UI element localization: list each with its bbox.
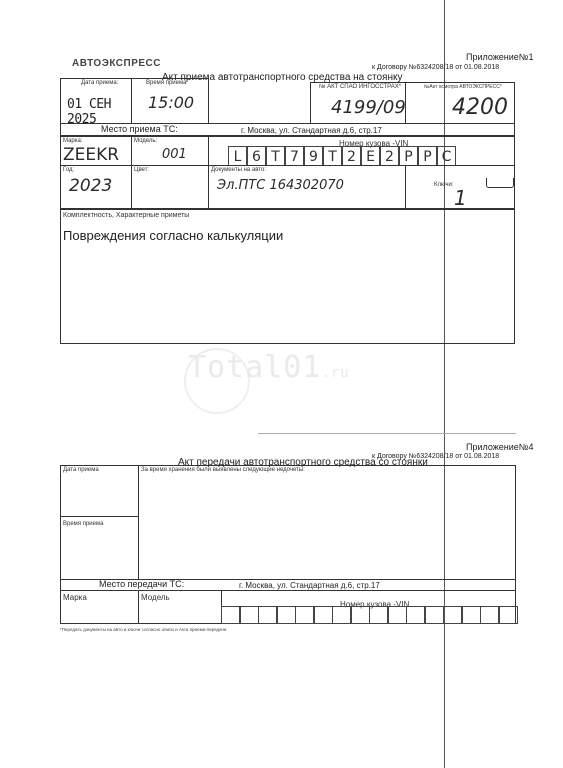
vin-char-box [494,146,513,166]
form1-appendix: Приложение№1 [466,52,533,62]
vin-char-box [240,606,259,624]
vin-char-box [388,606,407,624]
place-value: г. Москва, ул. Стандартная д.6, стр.17 [241,126,382,135]
form1-contract: к Договору №6324208/18 от 01.08.2018 [372,64,499,71]
form4-date-label: Дата приема [63,467,99,473]
model-cell: Модель: 001 [131,136,209,166]
keys-bracket [486,178,514,188]
vin-char-box: 6 [247,146,266,166]
vin-char-box: L [228,146,247,166]
vin-char-box [425,606,444,624]
defects-label: За время хранения были выявлены следующи… [141,467,305,473]
act-avto-cell: №Акт осмотра АВТОЭКСПРЕСС* 4200 [405,82,515,124]
color-label: Цвет: [134,167,149,173]
date-cell: Дата приема: 01 СЕН 2025 [60,78,132,124]
time-value: 15:00 [148,93,194,112]
vin-char-box: 7 [285,146,304,166]
color-cell: Цвет: [131,165,209,209]
docs-cell: Документы на авто: Эл.ПТС 164302070 [208,165,406,209]
brand-label: Марка: [63,138,83,144]
separator-line [258,433,516,434]
vin-char-box [443,606,462,624]
form4-brand-label: Марка [63,593,87,602]
vin-char-box: E [361,146,380,166]
vin-char-box: C [437,146,456,166]
form4-place-label: Место передачи ТС: [99,579,184,589]
place-row: Место приема ТС: г. Москва, ул. Стандарт… [60,124,515,136]
vin-char-box [406,606,425,624]
vin-char-box [314,606,333,624]
year-cell: Год: 2023 [60,165,132,209]
vin-char-box [258,606,277,624]
company-logo: АВТОЭКСПРЕСС [72,58,161,69]
brand-value: ZEEKR [63,145,119,165]
watermark: Total01.ru [188,350,350,385]
year-label: Год: [63,167,74,173]
vin-char-box [369,606,388,624]
defects-cell: За время хранения были выявлены следующи… [138,465,516,580]
form4-model-cell: Модель [138,590,222,624]
form4-brand-cell: Марка [60,590,139,624]
vin-char-box: T [323,146,342,166]
vin-char-box: P [418,146,437,166]
features-value: Повреждения согласно калькуляции [63,228,283,243]
vin-char-box: 2 [380,146,399,166]
form4-time-cell: Время приема [60,516,139,580]
vin-char-box [499,606,518,624]
act-ingos-cell: № АКТ СПАО ИНГОССТРАХ* 4199/09 [310,82,406,124]
act-ingos-label: № АКТ СПАО ИНГОССТРАХ* [319,84,401,90]
vin-char-box [513,146,532,166]
blank-cell [208,82,310,124]
vin-char-box: P [399,146,418,166]
docs-value: Эл.ПТС 164302070 [217,178,344,193]
form4-model-label: Модель [141,593,170,602]
vin-char-box [332,606,351,624]
brand-cell: Марка: ZEEKR [60,136,132,166]
footnote: *Передать документы на авто и ключи согл… [60,627,226,632]
date-stamp: 01 СЕН 2025 [67,97,131,127]
time-label: Время приема [146,80,186,86]
model-label: Модель: [134,138,157,144]
form4-place-value: г. Москва, ул. Стандартная д.6, стр.17 [239,581,380,590]
keys-value: 1 [454,186,467,210]
vin-char-box [475,146,494,166]
watermark-text: Total01 [188,350,321,385]
watermark-suffix: .ru [321,365,349,381]
act-avto-value: 4200 [452,95,508,120]
form4-time-label: Время приема [63,521,103,527]
act-ingos-value: 4199/09 [331,97,406,118]
vin-char-box [221,606,240,624]
vin-char-box: 9 [304,146,323,166]
vin-char-box [277,606,296,624]
vin-char-box [462,606,481,624]
keys-cell: Ключи: 1 [405,165,515,209]
features-label: Комплектность, Характерные приметы [63,212,189,219]
docs-label: Документы на авто: [211,167,266,173]
form4-appendix: Приложение№4 [466,442,533,452]
vin-char-box [351,606,370,624]
vin-char-box: T [266,146,285,166]
features-cell: Комплектность, Характерные приметы Повре… [60,209,515,344]
act-avto-label: №Акт осмотра АВТОЭКСПРЕСС* [424,84,502,90]
place-label: Место приема ТС: [101,124,178,134]
vin-char-box [456,146,475,166]
date-label: Дата приема: [81,80,118,86]
form4-date-cell: Дата приема [60,465,139,517]
vin-char-box [532,146,551,166]
vin-char-box: 2 [342,146,361,166]
year-value: 2023 [69,176,112,196]
time-cell: Время приема 15:00 [131,78,209,124]
vin-char-box [295,606,314,624]
vin-char-box [480,606,499,624]
keys-label: Ключи: [434,182,454,188]
model-value: 001 [162,147,187,162]
